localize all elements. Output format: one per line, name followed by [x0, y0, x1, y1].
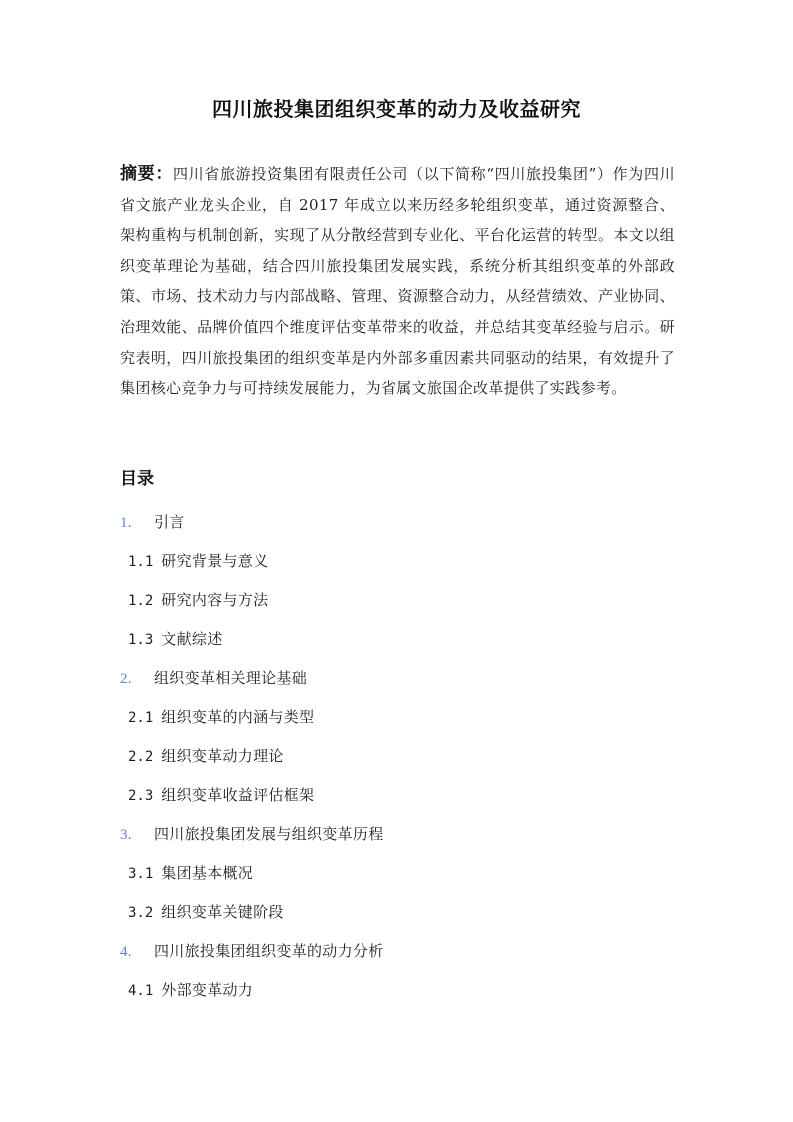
- toc-item-number: 2.: [120, 666, 154, 692]
- toc-item-number: 2.1: [128, 705, 153, 731]
- toc-item-label: 外部变革动力: [161, 981, 253, 999]
- toc-item-number: 1.1: [128, 549, 153, 575]
- toc-item-number: 1.: [120, 510, 154, 536]
- abstract-text: 四川省旅游投资集团有限责任公司（以下简称“四川旅投集团”）作为四川省文旅产业龙头…: [120, 165, 675, 397]
- abstract-paragraph: 摘要：四川省旅游投资集团有限责任公司（以下简称“四川旅投集团”）作为四川省文旅产…: [120, 159, 675, 404]
- toc-item[interactable]: 3.四川旅投集团发展与组织变革历程: [120, 821, 680, 860]
- toc-item[interactable]: 3.1集团基本概况: [120, 860, 680, 899]
- toc-item[interactable]: 1.2研究内容与方法: [120, 587, 680, 626]
- toc-item-number: 2.2: [128, 744, 153, 770]
- toc-item[interactable]: 4.四川旅投集团组织变革的动力分析: [120, 938, 680, 977]
- toc-item-label: 研究内容与方法: [161, 591, 268, 609]
- toc-item-number: 3.: [120, 822, 154, 848]
- document-page: 四川旅投集团组织变革的动力及收益研究 摘要：四川省旅游投资集团有限责任公司（以下…: [0, 0, 793, 1122]
- toc-item[interactable]: 1.引言: [120, 509, 680, 548]
- toc-item[interactable]: 2.3组织变革收益评估框架: [120, 782, 680, 821]
- toc-item-number: 4.: [120, 939, 154, 965]
- toc-item[interactable]: 4.1外部变革动力: [120, 977, 680, 1016]
- toc-item-label: 引言: [154, 513, 185, 531]
- toc-item-label: 文献综述: [161, 630, 222, 648]
- toc-item-label: 研究背景与意义: [161, 552, 268, 570]
- toc-item[interactable]: 1.3文献综述: [120, 626, 680, 665]
- toc-item-label: 组织变革收益评估框架: [161, 786, 314, 804]
- toc-item-number: 1.3: [128, 627, 153, 653]
- toc-item-label: 组织变革动力理论: [161, 747, 283, 765]
- toc-item[interactable]: 2.组织变革相关理论基础: [120, 665, 680, 704]
- toc-item-number: 2.3: [128, 783, 153, 809]
- toc-item-number: 3.2: [128, 900, 153, 926]
- toc-item-label: 四川旅投集团发展与组织变革历程: [154, 825, 384, 843]
- toc-item-label: 组织变革的内涵与类型: [161, 708, 314, 726]
- toc-item[interactable]: 1.1研究背景与意义: [120, 548, 680, 587]
- toc-item-label: 四川旅投集团组织变革的动力分析: [154, 942, 384, 960]
- toc-heading: 目录: [120, 466, 154, 492]
- toc-item-number: 4.1: [128, 978, 153, 1004]
- toc-item-label: 组织变革相关理论基础: [154, 669, 307, 687]
- toc-item-number: 1.2: [128, 588, 153, 614]
- toc-item[interactable]: 3.2组织变革关键阶段: [120, 899, 680, 938]
- toc-item[interactable]: 2.1组织变革的内涵与类型: [120, 704, 680, 743]
- table-of-contents: 1.引言 1.1研究背景与意义 1.2研究内容与方法 1.3文献综述 2.组织变…: [120, 509, 680, 1016]
- toc-item-number: 3.1: [128, 861, 153, 887]
- abstract-label: 摘要：: [120, 164, 173, 184]
- toc-item[interactable]: 2.2组织变革动力理论: [120, 743, 680, 782]
- document-title: 四川旅投集团组织变革的动力及收益研究: [0, 94, 793, 124]
- toc-item-label: 集团基本概况: [161, 864, 253, 882]
- toc-item-label: 组织变革关键阶段: [161, 903, 283, 921]
